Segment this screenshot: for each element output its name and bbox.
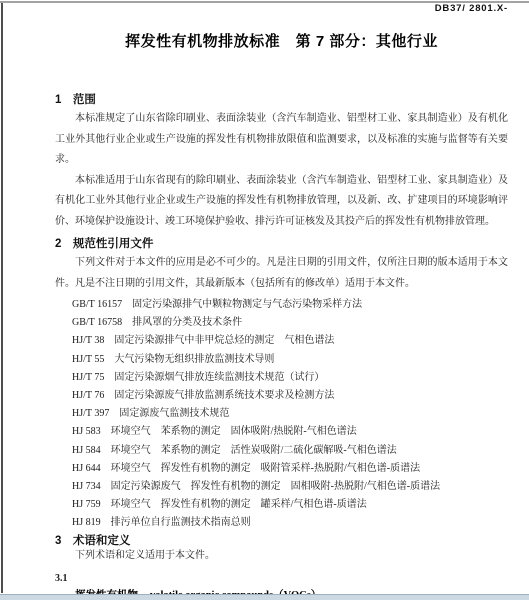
reference-row: HJ/T 38固定污染源排气中非甲烷总烃的测定 气相色谱法 [55,332,508,350]
reference-row: HJ/T 397固定源废气监测技术规范 [55,405,508,423]
clause-number: 3.1 [55,573,508,585]
reference-row: HJ/T 75固定污染源烟气排放连续监测技术规范（试行） [55,369,508,387]
reference-row: HJ 583环境空气 苯系物的测定 固体吸附/热脱附-气相色谱法 [55,423,508,441]
reference-code: HJ/T 38 [72,335,104,346]
reference-title: 固定污染源排气中颗粒物测定与气态污染物采样方法 [132,299,362,310]
document-page: DB37/ 2801.X- 挥发性有机物排放标准 第 7 部分：其他行业 1 范… [0,0,529,600]
reference-title: 固定污染源排气中非甲烷总烃的测定 气相色谱法 [114,335,334,346]
reference-title: 环境空气 挥发性有机物的测定 吸附管采样-热脱附/气相色谱-质谱法 [111,463,420,474]
reference-row: GB/T 16157固定污染源排气中颗粒物测定与气态污染物采样方法 [55,296,508,314]
reference-title: 固定源废气监测技术规范 [119,408,229,419]
terms-intro: 下列术语和定义适用于本文件。 [55,549,508,563]
reference-title: 环境空气 挥发性有机物的测定 罐采样/气相色谱-质谱法 [111,499,367,510]
reference-title: 大气污染物无组织排放监测技术导则 [114,354,274,365]
reference-code: HJ/T 397 [72,408,109,419]
reference-title: 固定污染源烟气排放连续监测技术规范（试行） [114,372,324,383]
reference-code: HJ/T 75 [72,372,104,383]
reference-code: HJ 583 [72,426,101,437]
reference-code: HJ 819 [72,517,101,528]
doc-title: 挥发性有机物排放标准 第 7 部分：其他行业 [55,33,508,51]
reference-title: 排污单位自行监测技术指南总则 [111,517,251,528]
reference-code: GB/T 16157 [72,299,122,310]
doc-number: DB37/ 2801.X- [55,0,508,15]
section-1-heading: 1 范围 [55,93,508,107]
scope-paragraph-1: 本标准规定了山东省除印刷业、表面涂装业（含汽车制造业、铝型材工业、家具制造业）及… [55,109,508,171]
reference-code: GB/T 16758 [72,317,122,328]
references-intro: 下列文件对于本文件的应用是必不可少的。凡是注日期的引用文件，仅所注日期的版本适用… [55,253,508,294]
reference-title: 固定污染源废气 挥发性有机物的测定 固相吸附-热脱附/气相色谱-质谱法 [111,481,440,492]
reference-row: GB/T 16758排风罩的分类及技术条件 [55,314,508,332]
reference-row: HJ 584环境空气 苯系物的测定 活性炭吸附/二硫化碳解吸-气相色谱法 [55,442,508,460]
reference-title: 环境空气 苯系物的测定 活性炭吸附/二硫化碳解吸-气相色谱法 [111,445,397,456]
reference-title: 排风罩的分类及技术条件 [132,317,242,328]
reference-code: HJ/T 55 [72,354,104,365]
reference-title: 环境空气 苯系物的测定 固体吸附/热脱附-气相色谱法 [111,426,357,437]
section-2-heading: 2 规范性引用文件 [55,237,508,251]
reference-row: HJ/T 55大气污染物无组织排放监测技术导则 [55,351,508,369]
reference-code: HJ 759 [72,499,101,510]
references-list: GB/T 16157固定污染源排气中颗粒物测定与气态污染物采样方法 GB/T 1… [55,296,508,533]
reference-code: HJ 584 [72,445,101,456]
reference-row: HJ/T 76固定污染源废气排放监测系统技术要求及检测方法 [55,387,508,405]
reference-code: HJ 734 [72,481,101,492]
section-3-heading: 3 术语和定义 [55,534,508,548]
scope-paragraph-2: 本标准适用于山东省现有的除印刷业、表面涂装业（含汽车制造业、铝型材工业、家具制造… [55,171,508,233]
reference-row: HJ 819排污单位自行监测技术指南总则 [55,514,508,532]
reference-title: 固定污染源废气排放监测系统技术要求及检测方法 [114,390,334,401]
page-content: DB37/ 2801.X- 挥发性有机物排放标准 第 7 部分：其他行业 1 范… [0,0,529,600]
reference-row: HJ 734固定污染源废气 挥发性有机物的测定 固相吸附-热脱附/气相色谱-质谱… [55,478,508,496]
reference-code: HJ 644 [72,463,101,474]
reference-code: HJ/T 76 [72,390,104,401]
page-edge-bottom [0,594,529,600]
reference-row: HJ 759环境空气 挥发性有机物的测定 罐采样/气相色谱-质谱法 [55,496,508,514]
reference-row: HJ 644环境空气 挥发性有机物的测定 吸附管采样-热脱附/气相色谱-质谱法 [55,460,508,478]
